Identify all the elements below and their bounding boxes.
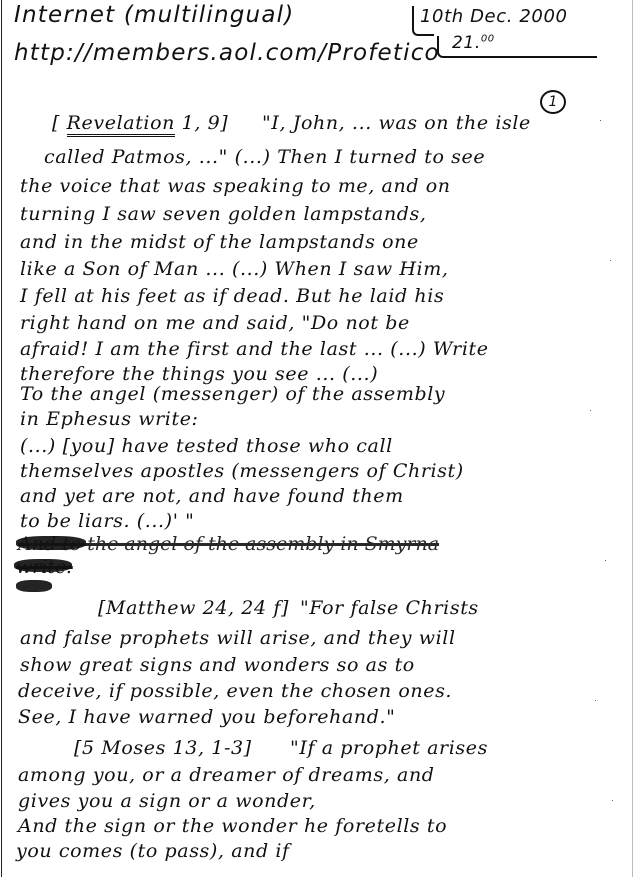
text-line: right hand on me and said, "Do not be: [20, 312, 410, 334]
text-line: among you, or a dreamer of dreams, and: [18, 764, 435, 786]
page-edge-left: [1, 0, 2, 877]
text-line: and in the midst of the lampstands one: [20, 231, 419, 253]
text-line: gives you a sign or a wonder,: [18, 790, 316, 812]
time-bracket: [437, 36, 449, 58]
text-line: "If a prophet arises: [290, 737, 488, 759]
text-line: and yet are not, and have found them: [20, 485, 404, 507]
text-line: like a Son of Man ... (...) When I saw H…: [20, 258, 448, 280]
time-minutes: 00: [481, 33, 495, 44]
scan-speck: [600, 120, 601, 121]
text-line: "I, John, ... was on the isle: [262, 112, 531, 134]
text-line: show great signs and wonders so as to: [20, 654, 415, 676]
header-time: 21.00: [452, 33, 495, 53]
scan-speck: [605, 560, 606, 561]
text-line: and false prophets will arise, and they …: [20, 627, 456, 649]
text-line: you comes (to pass), and if: [16, 840, 290, 862]
text-line: "For false Christs: [300, 597, 479, 619]
text-line: And the sign or the wonder he foretells …: [18, 815, 447, 837]
scribble-mark: [16, 580, 52, 592]
moses-reference: [5 Moses 13, 1-3]: [74, 737, 252, 759]
page-edge-right: [632, 0, 633, 877]
scribble-mark: [16, 536, 86, 550]
text-line: (...) [you] have tested those who call: [20, 435, 393, 457]
scribble-mark: [14, 559, 72, 572]
time-hour: 21.: [452, 33, 481, 53]
matthew-reference: [Matthew 24, 24 f]: [98, 597, 289, 619]
revelation-reference: [ Revelation 1, 9]: [52, 112, 228, 134]
header-url: http://members.aol.com/Profetico: [14, 40, 440, 66]
text-line: in Ephesus write:: [20, 408, 199, 430]
text-line: I fell at his feet as if dead. But he la…: [20, 285, 444, 307]
scan-speck: [610, 260, 611, 261]
text-line: turning I saw seven golden lampstands,: [20, 203, 427, 225]
text-line: To the angel (messenger) of the assembly: [20, 383, 445, 405]
header-title: Internet (multilingual): [14, 2, 294, 28]
text-line: therefore the things you see ... (...): [20, 363, 378, 385]
reference-chapter-verse: 1, 9]: [182, 112, 229, 134]
scan-speck: [590, 410, 591, 411]
page-number-circle: 1: [540, 90, 566, 114]
text-line: to be liars. (...)' ": [20, 510, 195, 532]
header-date: 10th Dec. 2000: [420, 6, 568, 27]
scan-speck: [612, 800, 613, 801]
text-line: deceive, if possible, even the chosen on…: [18, 680, 452, 702]
open-bracket: [: [52, 112, 60, 134]
text-line: the voice that was speaking to me, and o…: [20, 175, 451, 197]
text-line: called Patmos, ..." (...) Then I turned …: [44, 146, 485, 168]
reference-book-underlined: Revelation: [67, 112, 175, 137]
text-line: See, I have warned you beforehand.": [18, 706, 395, 728]
handwritten-page: Internet (multilingual) http://members.a…: [0, 0, 638, 877]
header-rule: [447, 56, 597, 58]
text-line: themselves apostles (messengers of Chris…: [20, 460, 464, 482]
scan-speck: [595, 700, 596, 701]
text-line: afraid! I am the first and the last ... …: [20, 338, 489, 360]
